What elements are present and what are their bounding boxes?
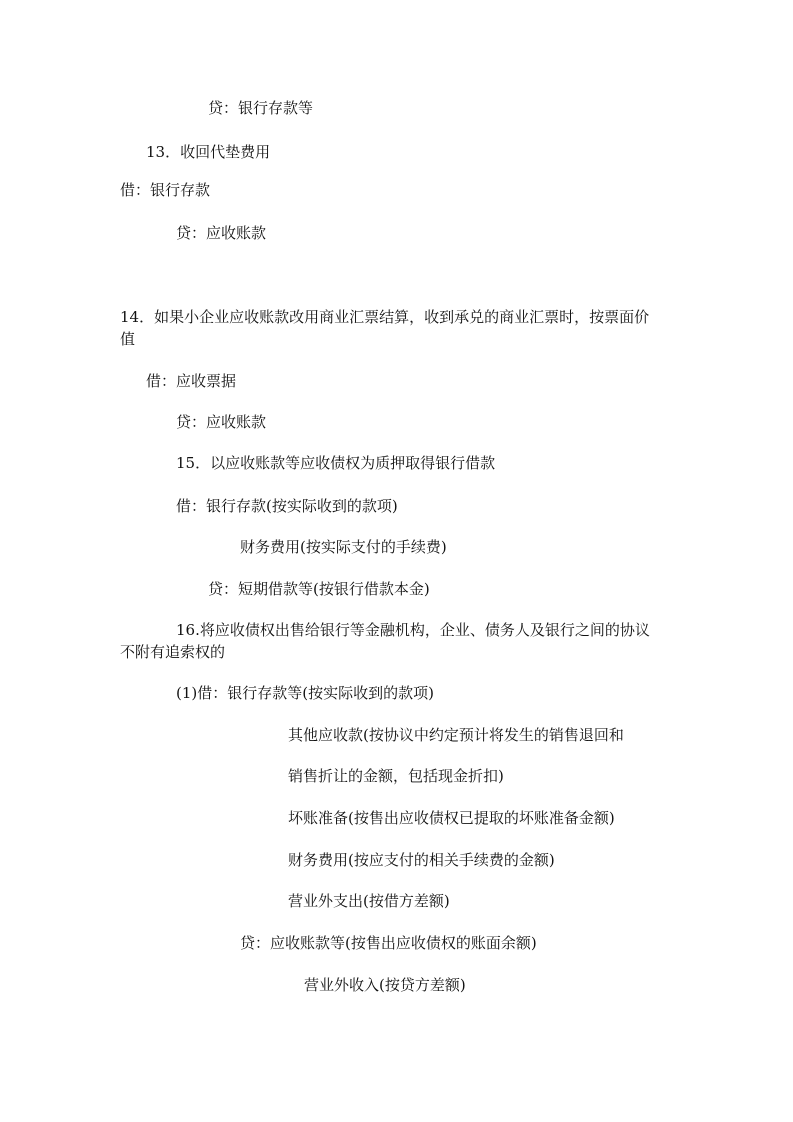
text-line: 销售折让的金额，包括现金折扣) [288,765,504,787]
text-line: 财务费用(按应支付的相关手续费的金额) [288,849,555,871]
text-line: 坏账准备(按售出应收债权已提取的坏账准备金额) [288,807,615,829]
text-line: 贷：应收账款 [176,411,266,433]
text-line: 其他应收款(按协议中约定预计将发生的销售退回和 [288,724,624,746]
text-line: 营业外支出(按借方差额) [288,890,450,912]
text-line: 15．以应收账款等应收债权为质押取得银行借款 [176,452,495,474]
text-line: 营业外收入(按贷方差额) [304,974,466,996]
text-line: 财务费用(按实际支付的手续费) [240,536,447,558]
text-line: 16.将应收债权出售给银行等金融机构，企业、债务人及银行之间的协议 [176,619,650,641]
text-line: 贷：银行存款等 [208,97,313,119]
text-line: 借：银行存款 [120,179,210,201]
text-line: 贷：应收账款等(按售出应收债权的账面余额) [240,932,537,954]
text-line: 值 [120,328,135,350]
text-line: 不附有追索权的 [120,641,225,663]
text-line: 借：应收票据 [146,370,236,392]
text-line: 14．如果小企业应收账款改用商业汇票结算，收到承兑的商业汇票时，按票面价 [120,306,649,328]
text-line: 贷：短期借款等(按银行借款本金) [208,578,430,600]
text-line: 贷：应收账款 [176,222,266,244]
text-line: (1)借：银行存款等(按实际收到的款项) [176,682,434,704]
text-line: 13．收回代垫费用 [146,141,270,163]
text-line: 借：银行存款(按实际收到的款项) [176,495,398,517]
